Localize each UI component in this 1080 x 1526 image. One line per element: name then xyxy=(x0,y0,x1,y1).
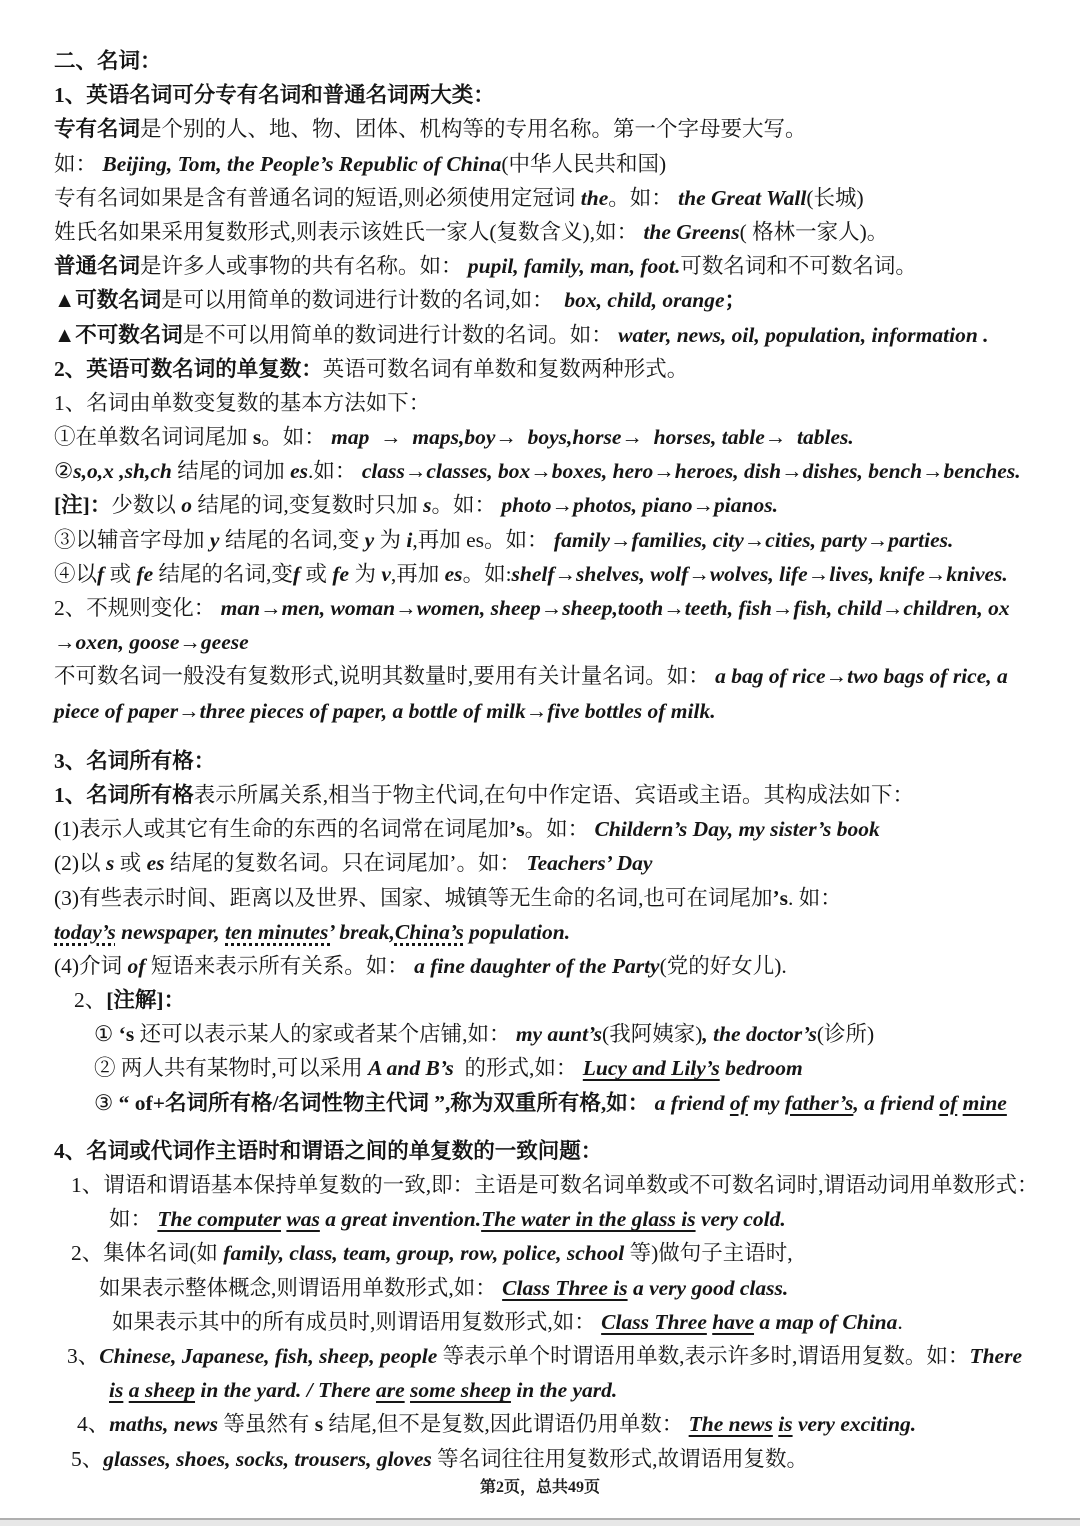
text-segment: of xyxy=(939,1091,957,1115)
text-segment: ； xyxy=(725,288,747,312)
text-line: today’s newspaper, ten minutes’ break,Ch… xyxy=(54,915,1044,949)
text-segment: [注]： xyxy=(54,493,111,517)
text-line: 不可数名词一般没有复数形式,说明其数量时,要用有关计量名词。如： a bag o… xyxy=(54,659,1044,693)
text-segment: 普通名词 xyxy=(54,254,140,278)
text-segment: 姓氏名如果采用复数形式,则表示该姓氏一家人(复数含义),如： xyxy=(54,220,643,244)
text-segment: fe xyxy=(136,562,153,586)
text-segment: The news xyxy=(689,1412,773,1436)
text-segment: break, xyxy=(334,920,395,944)
text-segment: 专有名词如果是含有普通名词的短语,则必须使用定冠词 xyxy=(54,186,581,210)
text-line: (4)介词 of 短语来表示所有关系。如： a fine daughter of… xyxy=(54,949,1044,983)
text-segment: of xyxy=(730,1091,748,1115)
text-line: ②s,o,x ,sh,ch 结尾的词加 es.如： class→classes,… xyxy=(54,454,1044,488)
text-segment: in the yard. xyxy=(511,1378,617,1402)
text-segment: 4、 xyxy=(77,1412,109,1436)
text-segment: 表示所属关系,相当于物主代词,在句中作定语、宾语或主语。其构成法如下： xyxy=(194,783,914,807)
text-line: ▲不可数名词是不可以用简单的数词进行计数的名词。如： water, news, … xyxy=(54,318,1044,352)
text-line: (1)表示人或其它有生命的东西的名词常在词尾加’s。如： Childern’s … xyxy=(54,812,1044,846)
text-line: [注]：少数以 o 结尾的词,变复数时只加 s。如： photo→photos,… xyxy=(54,488,1044,522)
text-segment: 或 xyxy=(300,562,332,586)
text-segment: . xyxy=(897,1310,902,1334)
text-segment: family, class, team, group, row, police,… xyxy=(223,1241,624,1265)
text-segment: 是许多人或事物的共有名称。如： xyxy=(140,254,468,278)
text-segment: box, child, orange xyxy=(564,288,724,312)
text-line: 4、maths, news 等虽然有 s 结尾,但不是复数,因此谓语仍用单数： … xyxy=(54,1407,1044,1441)
text-segment: water, news, oil, population, informatio… xyxy=(618,323,988,347)
text-line: 1、谓语和谓语基本保持单复数的一致,即：主语是可数名词单数或不可数名词时,谓语动… xyxy=(54,1168,1044,1202)
text-segment: Beijing, Tom, the People’s Republic of C… xyxy=(102,152,501,176)
text-line: →oxen, goose→geese xyxy=(54,625,1044,659)
text-segment: (我阿姨家) xyxy=(602,1022,702,1046)
text-line: ▲可数名词是可以用简单的数词进行计数的名词,如： box, child, ora… xyxy=(54,283,1044,317)
text-segment: 。如: xyxy=(463,562,512,586)
text-segment: ,再加 xyxy=(391,562,445,586)
text-segment: Childern’s Day, my sister’s book xyxy=(595,817,880,841)
text-segment: 结尾,但不是复数,因此谓语仍用单数： xyxy=(323,1412,689,1436)
text-segment: 的形式,如： xyxy=(454,1056,583,1080)
text-segment: 可数名词和不可数名词。 xyxy=(680,254,917,278)
text-line: 4、名词或代词作主语时和谓语之间的单复数的一致问题： xyxy=(54,1134,1044,1168)
text-segment: Class Three xyxy=(601,1310,707,1334)
text-segment: glasses, shoes, socks, trousers, gloves xyxy=(103,1447,432,1471)
text-line: ① ‘s 还可以表示某人的家或者某个店铺,如： my aunt’s(我阿姨家),… xyxy=(54,1017,1044,1051)
text-segment: ①在单数名词词尾加 xyxy=(54,425,253,449)
text-segment: Lucy and Lily’s xyxy=(583,1056,720,1080)
text-segment: ② xyxy=(54,459,73,483)
text-segment: family→families, city→cities, party→part… xyxy=(554,528,953,552)
text-segment: the Great Wall xyxy=(678,186,806,210)
text-segment: a sheep xyxy=(129,1378,195,1402)
text-segment: 等虽然有 xyxy=(218,1412,315,1436)
text-segment: the xyxy=(581,186,608,210)
text-segment: a great invention. xyxy=(320,1207,481,1231)
text-segment: today’s xyxy=(54,920,116,944)
text-segment: 结尾的词加 xyxy=(172,459,290,483)
text-line: 5、glasses, shoes, socks, trousers, glove… xyxy=(54,1442,1044,1476)
text-segment: (党的好女儿). xyxy=(660,954,787,978)
text-segment: es xyxy=(290,459,308,483)
text-segment: my xyxy=(748,1091,785,1115)
text-segment: very exciting. xyxy=(793,1412,917,1436)
text-segment: some sheep xyxy=(410,1378,511,1402)
text-segment: 2、集体名词(如 xyxy=(71,1241,223,1265)
text-line: (2)以 s 或 es 结尾的复数名词。只在词尾加’。如： Teachers’ … xyxy=(54,846,1044,880)
text-segment: is xyxy=(109,1378,123,1402)
text-segment: A and B’s xyxy=(368,1056,454,1080)
text-segment: ③ xyxy=(94,1091,119,1115)
text-segment: ① xyxy=(94,1022,119,1046)
text-segment: map → maps,boy→ boys,horse→ horses, tabl… xyxy=(331,425,854,449)
text-segment: 短语来表示所有关系。如： xyxy=(145,954,414,978)
text-line: ④以f 或 fe 结尾的名词,变f 或 fe 为 v,再加 es。如:shelf… xyxy=(54,557,1044,591)
text-segment: bedroom xyxy=(720,1056,803,1080)
text-segment: . 如： xyxy=(788,886,842,910)
text-segment: is xyxy=(778,1412,792,1436)
text-segment: a fine daughter of the Party xyxy=(414,954,659,978)
text-segment: es xyxy=(445,562,463,586)
text-line: 专有名词是个别的人、地、物、团体、机构等的专用名称。第一个字母要大写。 xyxy=(54,112,1044,146)
text-segment: 专有名词 xyxy=(54,117,140,141)
text-segment: y xyxy=(365,528,375,552)
text-segment: 。如： xyxy=(431,493,501,517)
text-segment: 是可以用简单的数词进行计数的名词,如： xyxy=(161,288,564,312)
text-segment: ’s xyxy=(509,817,525,841)
text-line: 2、集体名词(如 family, class, team, group, row… xyxy=(54,1236,1044,1270)
text-segment: 2、不规则变化： xyxy=(54,596,221,620)
text-segment: The computer xyxy=(157,1207,281,1231)
text-segment: 。如： xyxy=(608,186,678,210)
text-segment: 1、谓语和谓语基本保持单复数的一致,即：主语是可数名词单数或不可数名词时,谓语动… xyxy=(71,1173,1039,1197)
text-segment: (2)以 xyxy=(54,851,106,875)
text-segment: (中华人民共和国) xyxy=(501,152,666,176)
text-segment: ▲可数名词 xyxy=(54,288,161,312)
text-segment: ,再加 es。如： xyxy=(412,528,554,552)
text-segment: 如果表示整体概念,则谓语用单数形式,如： xyxy=(99,1276,502,1300)
text-line: 2、英语可数名词的单复数：英语可数名词有单数和复数两种形式。 xyxy=(54,352,1044,386)
text-segment: a bag of rice→two bags of rice, a xyxy=(715,664,1008,688)
text-segment: 结尾的复数名词。只在词尾加’。如： xyxy=(165,851,527,875)
text-segment: class→classes, box→boxes, hero→heroes, d… xyxy=(362,459,1021,483)
text-segment: 如： xyxy=(54,152,102,176)
text-segment: 或 xyxy=(104,562,136,586)
text-segment: 等表示单个时谓语用单数,表示许多时,谓语用复数。如： xyxy=(437,1344,969,1368)
text-segment: ( 格林一家人)。 xyxy=(740,220,889,244)
text-segment: s xyxy=(315,1412,323,1436)
text-segment: The water in the glass is xyxy=(481,1207,695,1231)
text-segment: , a friend xyxy=(853,1091,939,1115)
text-line: 如果表示整体概念,则谓语用单数形式,如： Class Three is a ve… xyxy=(54,1271,1044,1305)
text-line: 2、不规则变化： man→men, woman→women, sheep→she… xyxy=(54,591,1044,625)
text-segment: 5、 xyxy=(71,1447,103,1471)
text-segment: the Greens xyxy=(643,220,739,244)
text-line: 1、名词由单数变复数的基本方法如下： xyxy=(54,386,1044,420)
text-segment: 等名词往往用复数形式,故谓语用复数。 xyxy=(432,1447,808,1471)
text-segment: 为 xyxy=(374,528,406,552)
text-segment: 不可数名词一般没有复数形式,说明其数量时,要用有关计量名词。如： xyxy=(54,664,715,688)
text-segment: father’s xyxy=(785,1091,853,1115)
text-segment: ‘s xyxy=(119,1022,135,1046)
text-segment: a friend xyxy=(655,1091,730,1115)
text-segment: y xyxy=(210,528,220,552)
text-line: 3、Chinese, Japanese, fish, sheep, people… xyxy=(54,1339,1044,1373)
text-segment: newspaper, xyxy=(116,920,225,944)
text-segment: (诊所) xyxy=(817,1022,874,1046)
text-segment: ② 两人共有某物时,可以采用 xyxy=(94,1056,368,1080)
text-line: ③ “ of+名词所有格/名词性物主代词 ”,称为双重所有格,如： a frie… xyxy=(54,1086,1044,1120)
text-line: 2、[注解]： xyxy=(54,983,1044,1017)
text-segment: 还可以表示某人的家或者某个店铺,如： xyxy=(134,1022,516,1046)
text-segment: 。如： xyxy=(525,817,595,841)
text-segment: v xyxy=(381,562,391,586)
text-segment: was xyxy=(286,1207,319,1231)
text-line: ③以辅音字母加 y 结尾的名词,变 y 为 i,再加 es。如： family→… xyxy=(54,523,1044,557)
text-segment: (1)表示人或其它有生命的东西的名词常在词尾加 xyxy=(54,817,509,841)
text-segment: 是个别的人、地、物、团体、机构等的专用名称。第一个字母要大写。 xyxy=(140,117,807,141)
page-bottom-edge xyxy=(0,1518,1080,1526)
text-segment: piece of paper→three pieces of paper, a … xyxy=(54,699,716,723)
text-segment: es xyxy=(147,851,165,875)
text-line: 1、英语名词可分专有名词和普通名词两大类： xyxy=(54,78,1044,112)
text-segment: 2、英语可数名词的单复数： xyxy=(54,357,323,381)
text-segment: 如果表示其中的所有成员时,则谓语用复数形式,如： xyxy=(112,1310,601,1334)
text-segment: 二、名词： xyxy=(54,49,162,73)
text-segment: 1、名词所有格 xyxy=(54,783,194,807)
text-segment: my aunt’s xyxy=(516,1022,602,1046)
text-segment: 3、名词所有格： xyxy=(54,749,215,773)
text-segment: 少数以 xyxy=(111,493,181,517)
text-segment: 3、 xyxy=(67,1344,99,1368)
text-segment: s xyxy=(253,425,261,449)
text-line: 1、名词所有格表示所属关系,相当于物主代词,在句中作定语、宾语或主语。其构成法如… xyxy=(54,778,1044,812)
text-segment: 1、英语名词可分专有名词和普通名词两大类： xyxy=(54,83,495,107)
text-segment: mine xyxy=(963,1091,1007,1115)
text-segment: ③以辅音字母加 xyxy=(54,528,210,552)
text-segment: 1、名词由单数变复数的基本方法如下： xyxy=(54,391,430,415)
text-segment: ▲不可数名词 xyxy=(54,323,183,347)
text-segment: (4)介词 xyxy=(54,954,127,978)
text-segment: photo→photos, piano→pianos. xyxy=(501,493,778,517)
text-segment: China’s xyxy=(395,920,464,944)
text-segment: , the doctor’s xyxy=(702,1022,816,1046)
text-segment: There xyxy=(969,1344,1022,1368)
text-segment: Class Three is xyxy=(502,1276,627,1300)
text-segment: Teachers’ Day xyxy=(526,851,652,875)
text-segment: “ of+名词所有格/名词性物主代词 ”,称为双重所有格,如： xyxy=(119,1091,655,1115)
text-line: 普通名词是许多人或事物的共有名称。如： pupil, family, man, … xyxy=(54,249,1044,283)
text-segment: 结尾的词,变复数时只加 xyxy=(192,493,423,517)
text-line: ② 两人共有某物时,可以采用 A and B’s 的形式,如： Lucy and… xyxy=(54,1051,1044,1085)
text-segment: ④以 xyxy=(54,562,97,586)
text-segment: 如： xyxy=(109,1207,157,1231)
text-line: (3)有些表示时间、距离以及世界、国家、城镇等无生命的名词,也可在词尾加’s. … xyxy=(54,881,1044,915)
text-segment: 是不可以用简单的数词进行计数的名词。如： xyxy=(183,323,618,347)
document-page: 二、名词：1、英语名词可分专有名词和普通名词两大类：专有名词是个别的人、地、物、… xyxy=(0,0,1080,1526)
text-segment: of xyxy=(127,954,145,978)
text-line: 3、名词所有格： xyxy=(54,744,1044,778)
text-segment: are xyxy=(376,1378,405,1402)
text-segment: a very good class. xyxy=(628,1276,789,1300)
text-line: ①在单数名词词尾加 s。如： map → maps,boy→ boys,hors… xyxy=(54,420,1044,454)
text-segment: man→men, woman→women, sheep→sheep,tooth→… xyxy=(221,596,1010,620)
text-segment: →oxen, goose→geese xyxy=(54,630,249,654)
text-segment: in the yard. / There xyxy=(195,1378,376,1402)
text-segment: 英语可数名词有单数和复数两种形式。 xyxy=(323,357,689,381)
text-segment: 结尾的名词,变 xyxy=(153,562,293,586)
text-segment: 等)做句子主语时, xyxy=(624,1241,792,1265)
text-segment: (长城) xyxy=(806,186,863,210)
text-segment: 或 xyxy=(114,851,146,875)
text-segment: 。如： xyxy=(261,425,331,449)
text-segment: fe xyxy=(332,562,349,586)
text-segment: have xyxy=(712,1310,754,1334)
text-segment: ’s xyxy=(772,886,788,910)
document-content: 二、名词：1、英语名词可分专有名词和普通名词两大类：专有名词是个别的人、地、物、… xyxy=(54,44,1044,1476)
text-segment: Chinese, Japanese, fish, sheep, people xyxy=(99,1344,437,1368)
text-line: piece of paper→three pieces of paper, a … xyxy=(54,694,1044,728)
text-line: 二、名词： xyxy=(54,44,1044,78)
text-line: 如： The computer was a great invention.Th… xyxy=(54,1202,1044,1236)
text-segment: a map of China xyxy=(754,1310,897,1334)
text-segment: 2、 xyxy=(74,988,106,1012)
text-segment: pupil, family, man, foot. xyxy=(468,254,680,278)
text-segment: maths, news xyxy=(109,1412,218,1436)
text-line: is a sheep in the yard. / There are some… xyxy=(54,1373,1044,1407)
text-segment: o xyxy=(181,493,192,517)
text-segment: [注解]： xyxy=(106,988,185,1012)
text-segment: very cold. xyxy=(696,1207,786,1231)
text-segment: population. xyxy=(464,920,570,944)
text-segment: 为 xyxy=(349,562,381,586)
text-segment: ten minutes’ xyxy=(225,920,334,944)
text-segment: (3)有些表示时间、距离以及世界、国家、城镇等无生命的名词,也可在词尾加 xyxy=(54,886,772,910)
text-segment: .如： xyxy=(308,459,362,483)
text-line: 姓氏名如果采用复数形式,则表示该姓氏一家人(复数含义),如： the Green… xyxy=(54,215,1044,249)
text-line: 专有名词如果是含有普通名词的短语,则必须使用定冠词 the。如： the Gre… xyxy=(54,181,1044,215)
text-segment: 4、名词或代词作主语时和谓语之间的单复数的一致问题： xyxy=(54,1139,602,1163)
text-segment: s,o,x ,sh,ch xyxy=(73,459,172,483)
page-number-footer: 第2页，总共49页 xyxy=(0,1474,1080,1497)
text-line: 如： Beijing, Tom, the People’s Republic o… xyxy=(54,147,1044,181)
text-line: 如果表示其中的所有成员时,则谓语用复数形式,如： Class Three hav… xyxy=(54,1305,1044,1339)
text-segment: 结尾的名词,变 xyxy=(219,528,364,552)
text-segment: shelf→shelves, wolf→wolves, life→lives, … xyxy=(512,562,1008,586)
